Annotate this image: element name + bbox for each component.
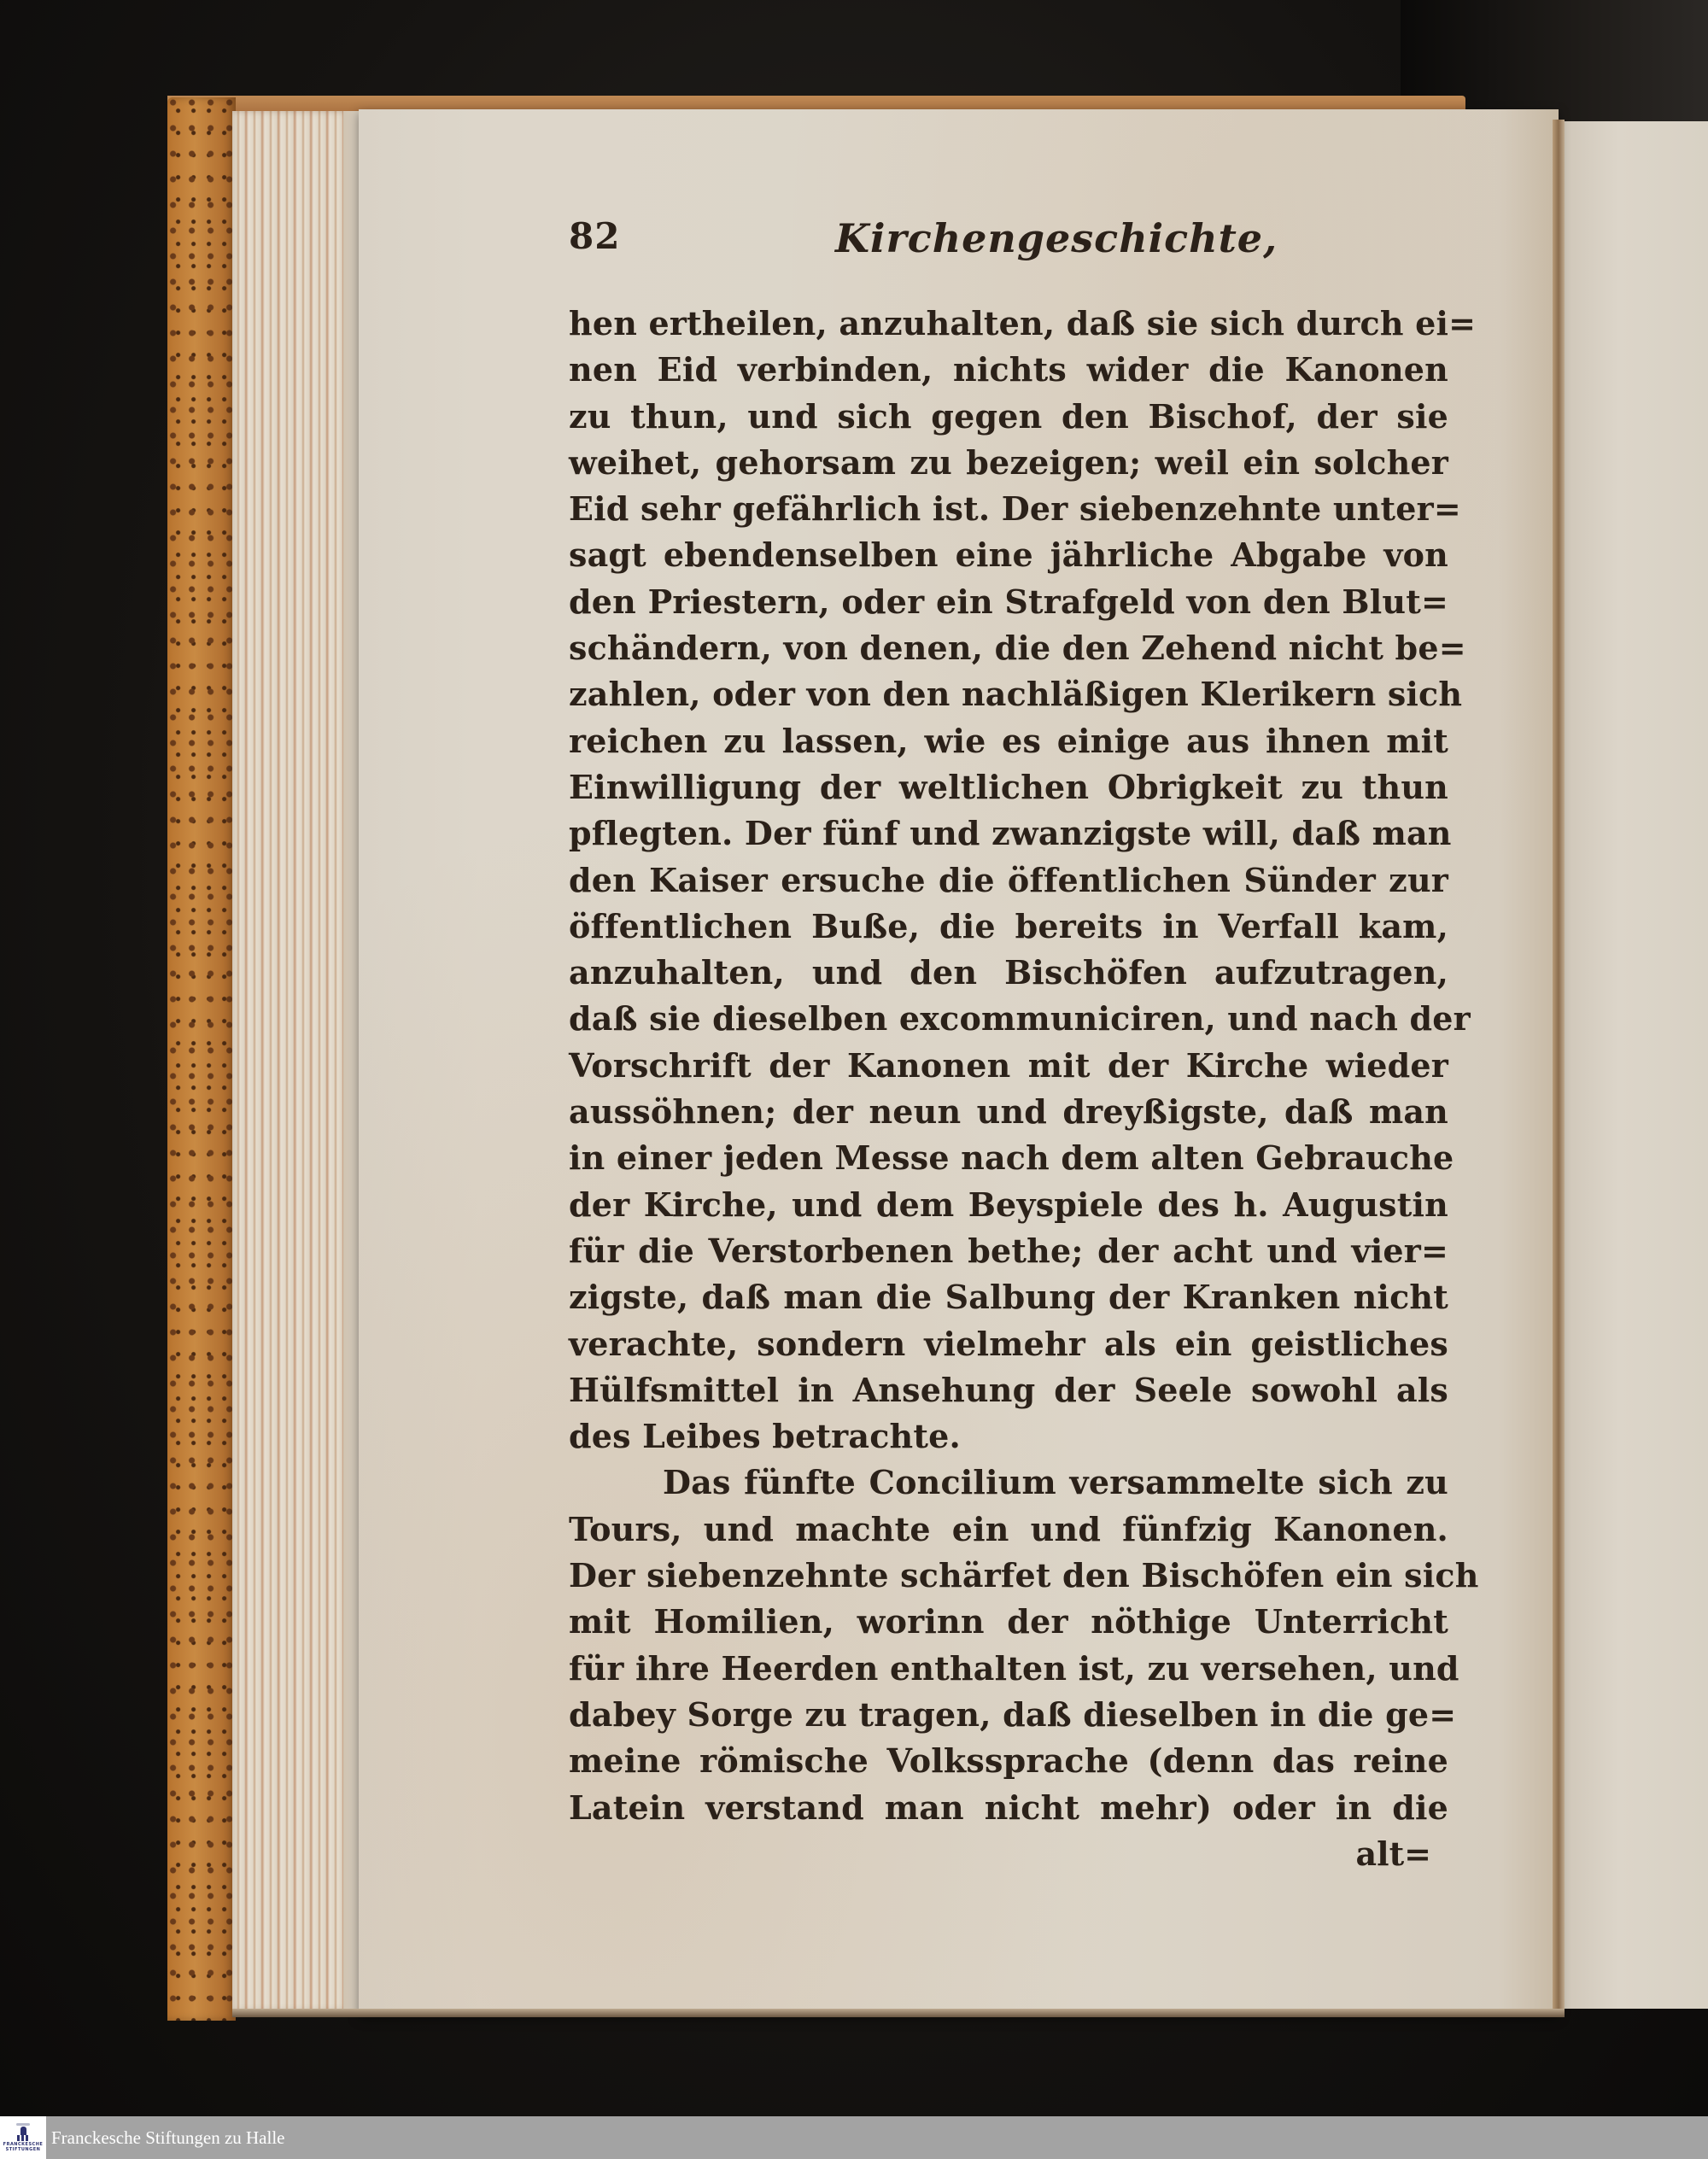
body-text: hen ertheilen, anzuhalten, daß sie sich … — [569, 301, 1448, 1877]
text-line: Eid sehr gefährlich ist. Der siebenzehnt… — [569, 486, 1448, 532]
text-line: für ihre Heerden enthalten ist, zu verse… — [569, 1646, 1448, 1692]
franckesche-stiftungen-logo-icon — [15, 2123, 31, 2142]
book-bottom-edge — [232, 2009, 1565, 2017]
footer-title: Franckesche Stiftungen zu Halle — [51, 2116, 285, 2159]
page-stack-fore-edge — [232, 111, 360, 2011]
text-line: Latein verstand man nicht mehr) oder in … — [569, 1785, 1448, 1831]
text-line: sagt ebendenselben eine jährliche Abgabe… — [569, 532, 1448, 578]
text-line: zu thun, und sich gegen den Bischof, der… — [569, 394, 1448, 440]
text-line: daß sie dieselben excommuniciren, und na… — [569, 996, 1448, 1042]
text-line-paragraph-start: Das fünfte Concilium versammelte sich zu — [569, 1460, 1448, 1506]
page-number: 82 — [569, 215, 620, 257]
text-line: Hülfsmittel in Ansehung der Seele sowohl… — [569, 1367, 1448, 1413]
text-line: mit Homilien, worinn der nöthige Unterri… — [569, 1599, 1448, 1645]
text-line: pflegten. Der fünf und zwanzigste will, … — [569, 810, 1448, 857]
text-line: anzuhalten, und den Bischöfen aufzutrage… — [569, 950, 1448, 996]
running-head: Kirchengeschichte, — [835, 215, 1278, 261]
book-gutter — [1553, 120, 1565, 2011]
text-line: den Kaiser ersuche die öffentlichen Sünd… — [569, 857, 1448, 904]
text-line-paragraph-end: des Leibes betrachte. — [569, 1413, 1448, 1460]
text-line: meine römische Volkssprache (denn das re… — [569, 1738, 1448, 1784]
page-text-block: 82 Kirchengeschichte, hen ertheilen, anz… — [569, 215, 1448, 1877]
text-line: in einer jeden Messe nach dem alten Gebr… — [569, 1135, 1448, 1181]
text-line: reichen zu lassen, wie es einige aus ihn… — [569, 718, 1448, 764]
text-line: aussöhnen; der neun und dreyßigste, daß … — [569, 1089, 1448, 1135]
text-line: hen ertheilen, anzuhalten, daß sie sich … — [569, 301, 1448, 347]
text-line: nen Eid verbinden, nichts wider die Kano… — [569, 347, 1448, 393]
text-line: Tours, und machte ein und fünfzig Kanone… — [569, 1507, 1448, 1553]
institution-logo[interactable]: FRANCKESCHE STIFTUNGEN — [0, 2116, 46, 2159]
text-line: zigste, daß man die Salbung der Kranken … — [569, 1274, 1448, 1320]
text-line: weihet, gehorsam zu bezeigen; weil ein s… — [569, 440, 1448, 486]
text-line: schändern, von denen, die den Zehend nic… — [569, 625, 1448, 671]
catchword: alt= — [569, 1831, 1448, 1877]
text-line: Vorschrift der Kanonen mit der Kirche wi… — [569, 1043, 1448, 1089]
book-cover-marbled-edge — [167, 97, 236, 2021]
footer-bar: FRANCKESCHE STIFTUNGEN Franckesche Stift… — [0, 2116, 1708, 2159]
text-line: zahlen, oder von den nachläßigen Klerike… — [569, 671, 1448, 717]
text-line: dabey Sorge zu tragen, daß dieselben in … — [569, 1692, 1448, 1738]
text-line: Einwilligung der weltlichen Obrigkeit zu… — [569, 764, 1448, 810]
text-line: Der siebenzehnte schärfet den Bischöfen … — [569, 1553, 1448, 1599]
text-line: verachte, sondern vielmehr als ein geist… — [569, 1321, 1448, 1367]
text-line: der Kirche, und dem Beyspiele des h. Aug… — [569, 1182, 1448, 1228]
logo-text-line2: STIFTUNGEN — [6, 2147, 41, 2152]
page-header: 82 Kirchengeschichte, — [569, 215, 1448, 275]
text-line: den Priestern, oder ein Strafgeld von de… — [569, 579, 1448, 625]
facing-page-sliver — [1559, 121, 1708, 2009]
text-line: für die Verstorbenen bethe; der acht und… — [569, 1228, 1448, 1274]
text-line: öffentlichen Buße, die bereits in Verfal… — [569, 904, 1448, 950]
